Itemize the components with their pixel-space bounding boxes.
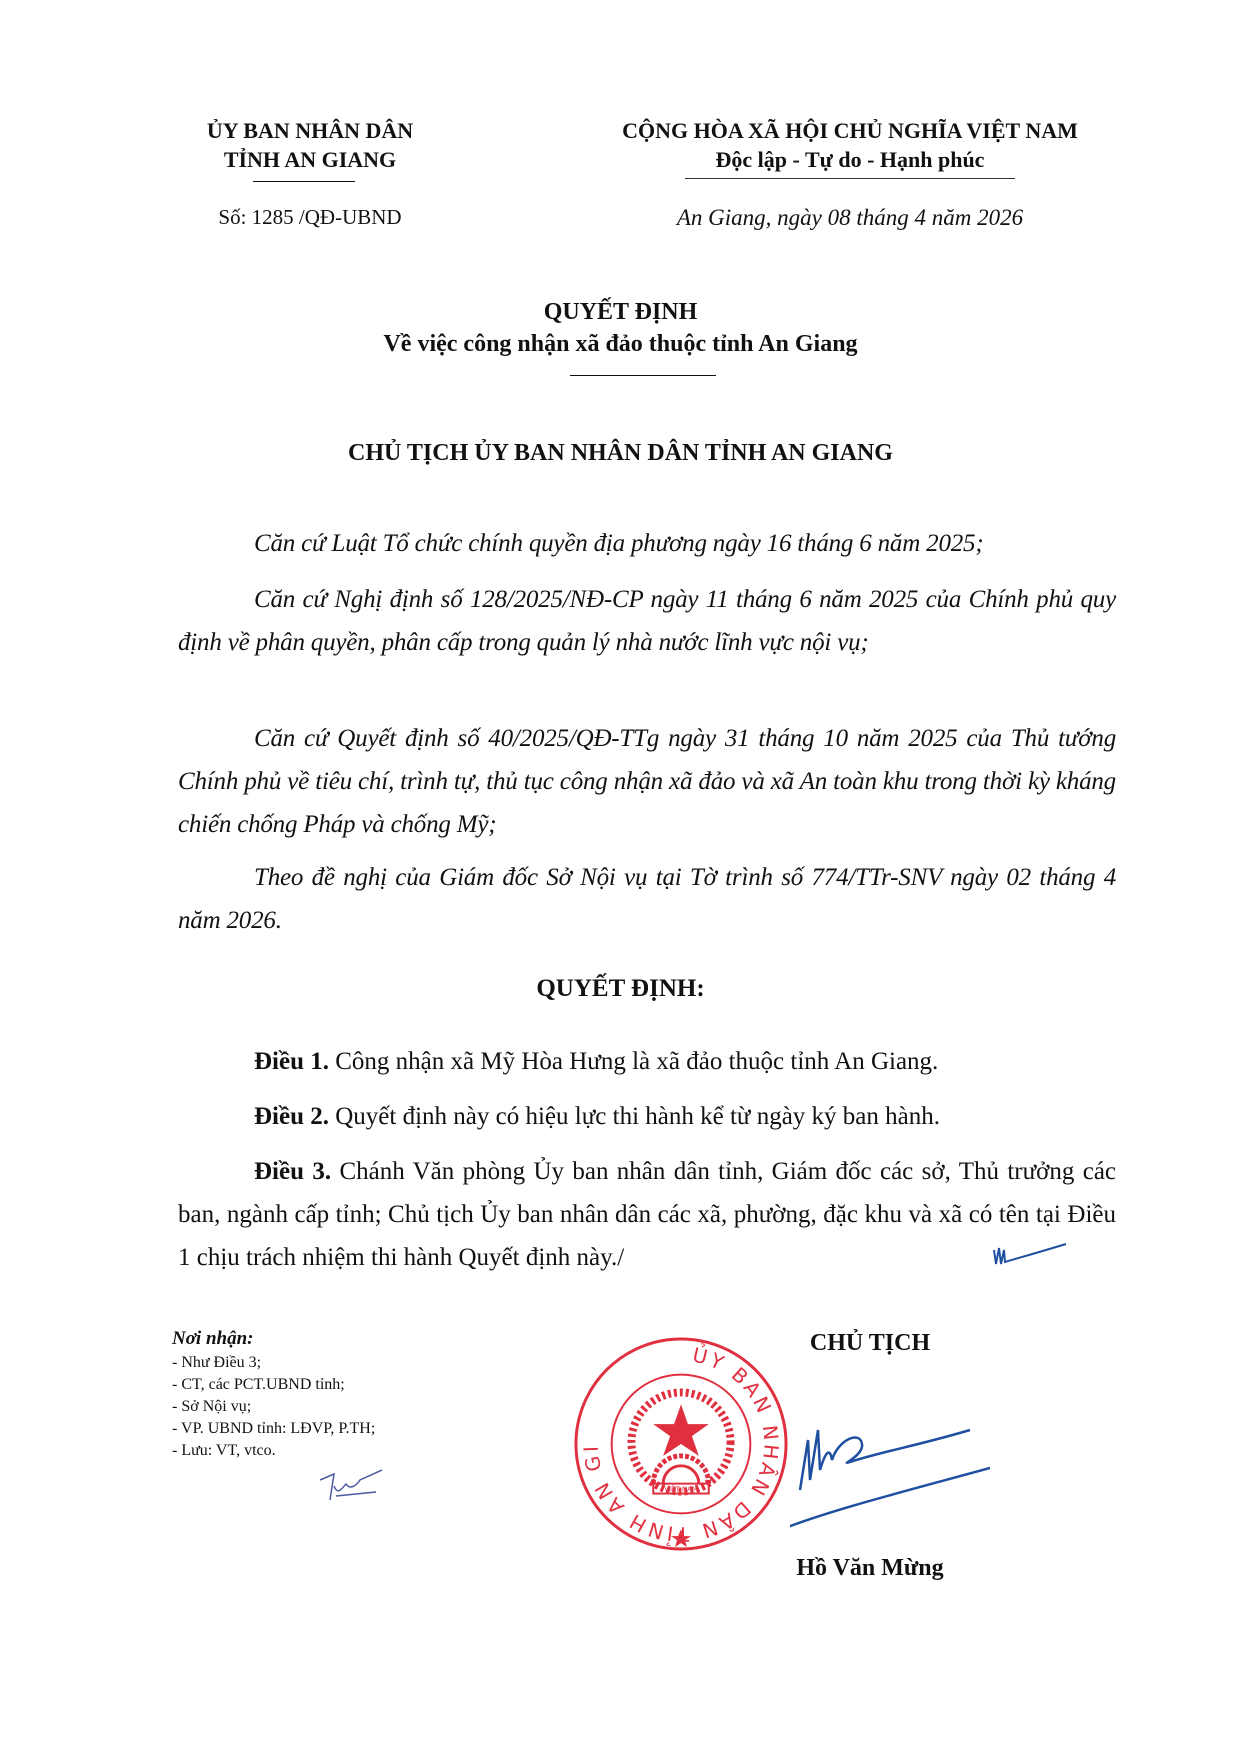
recipients-list: Nơi nhận: - Như Điều 3; - CT, các PCT.UB… [172, 1328, 375, 1462]
clerk-initial-icon [316, 1466, 386, 1506]
initial-mark-icon [990, 1240, 1070, 1270]
article-text: Quyết định này có hiệu lực thi hành kể t… [329, 1103, 940, 1130]
document-title: QUYẾT ĐỊNH Về việc công nhận xã đảo thuộ… [0, 296, 1241, 360]
document-type: QUYẾT ĐỊNH [0, 296, 1241, 328]
article-label: Điều 1. [254, 1048, 329, 1075]
recipient-item: - Như Điều 3; [172, 1352, 375, 1374]
article-3: Điều 3. Chánh Văn phòng Ủy ban nhân dân … [178, 1150, 1116, 1279]
national-motto: Độc lập - Tự do - Hạnh phúc [580, 145, 1120, 174]
issuing-authority: ỦY BAN NHÂN DÂN TỈNH AN GIANG [150, 116, 470, 174]
nation-name: CỘNG HÒA XÃ HỘI CHỦ NGHĨA VIỆT NAM [580, 116, 1120, 145]
place-and-date: An Giang, ngày 08 tháng 4 năm 2026 [580, 205, 1120, 231]
legal-basis-paragraph: Căn cứ Nghị định số 128/2025/NĐ-CP ngày … [178, 578, 1116, 664]
title-divider [570, 375, 716, 376]
recipients-label: Nơi nhận: [172, 1328, 375, 1350]
official-seal-icon: ỦY BAN NHÂN DÂN TỈNH AN GIANG VIỆT NAM [572, 1335, 790, 1553]
signer-name: Hồ Văn Mừng [740, 1555, 1000, 1582]
issuer-divider [253, 181, 355, 182]
proposal-paragraph: Theo đề nghị của Giám đốc Sở Nội vụ tại … [178, 856, 1116, 942]
issuer-line-2: TỈNH AN GIANG [150, 145, 470, 174]
article-1: Điều 1. Công nhận xã Mỹ Hòa Hưng là xã đ… [178, 1040, 1116, 1083]
article-text: Công nhận xã Mỹ Hòa Hưng là xã đảo thuộc… [329, 1048, 938, 1075]
recipient-item: - Sở Nội vụ; [172, 1396, 375, 1418]
recipient-item: - Lưu: VT, vtco. [172, 1440, 375, 1462]
document-number: Số: 1285 /QĐ-UBND [150, 205, 470, 230]
issuing-official-heading: CHỦ TỊCH ỦY BAN NHÂN DÂN TỈNH AN GIANG [0, 440, 1241, 467]
legal-basis-paragraph: Căn cứ Quyết định số 40/2025/QĐ-TTg ngày… [178, 717, 1116, 846]
recipient-item: - VP. UBND tỉnh: LĐVP, P.TH; [172, 1418, 375, 1440]
signature-icon [790, 1400, 990, 1550]
article-label: Điều 3. [254, 1158, 331, 1185]
article-label: Điều 2. [254, 1103, 329, 1130]
motto-divider [685, 178, 1015, 179]
legal-basis-paragraph: Căn cứ Luật Tổ chức chính quyền địa phươ… [178, 522, 1116, 565]
stamp-emblem-text: VIỆT NAM [664, 1485, 697, 1494]
article-2: Điều 2. Quyết định này có hiệu lực thi h… [178, 1095, 1116, 1138]
recipient-item: - CT, các PCT.UBND tỉnh; [172, 1374, 375, 1396]
issuer-line-1: ỦY BAN NHÂN DÂN [150, 116, 470, 145]
document-subject: Về việc công nhận xã đảo thuộc tỉnh An G… [0, 328, 1241, 360]
national-heading: CỘNG HÒA XÃ HỘI CHỦ NGHĨA VIỆT NAM Độc l… [580, 116, 1120, 174]
decision-heading: QUYẾT ĐỊNH: [0, 975, 1241, 1003]
